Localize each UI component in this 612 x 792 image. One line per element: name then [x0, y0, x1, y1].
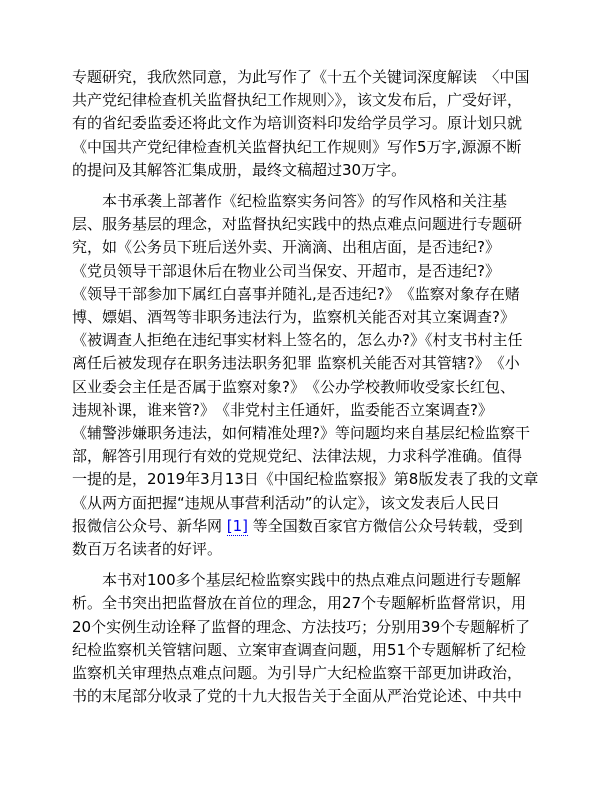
paragraph-1: 专题研究，我欣然同意，为此写作了《十五个关键词深度解读 〈中国 共产党纪律检查机…	[72, 66, 540, 182]
footnote-reference-link[interactable]: [1]	[227, 517, 248, 536]
paragraph-3: 本书对100多个基层纪检监察实践中的热点难点问题进行专题解 析。全书突出把监督放…	[72, 569, 540, 708]
paragraph-2: 本书承袭上部著作《纪检监察实务问答》的写作风格和关注基 层、服务基层的理念，对监…	[72, 190, 540, 561]
paragraph-2-text-before-link: 本书承袭上部著作《纪检监察实务问答》的写作风格和关注基 层、服务基层的理念，对监…	[72, 192, 538, 535]
document-page: 专题研究，我欣然同意，为此写作了《十五个关键词深度解读 〈中国 共产党纪律检查机…	[0, 0, 612, 792]
